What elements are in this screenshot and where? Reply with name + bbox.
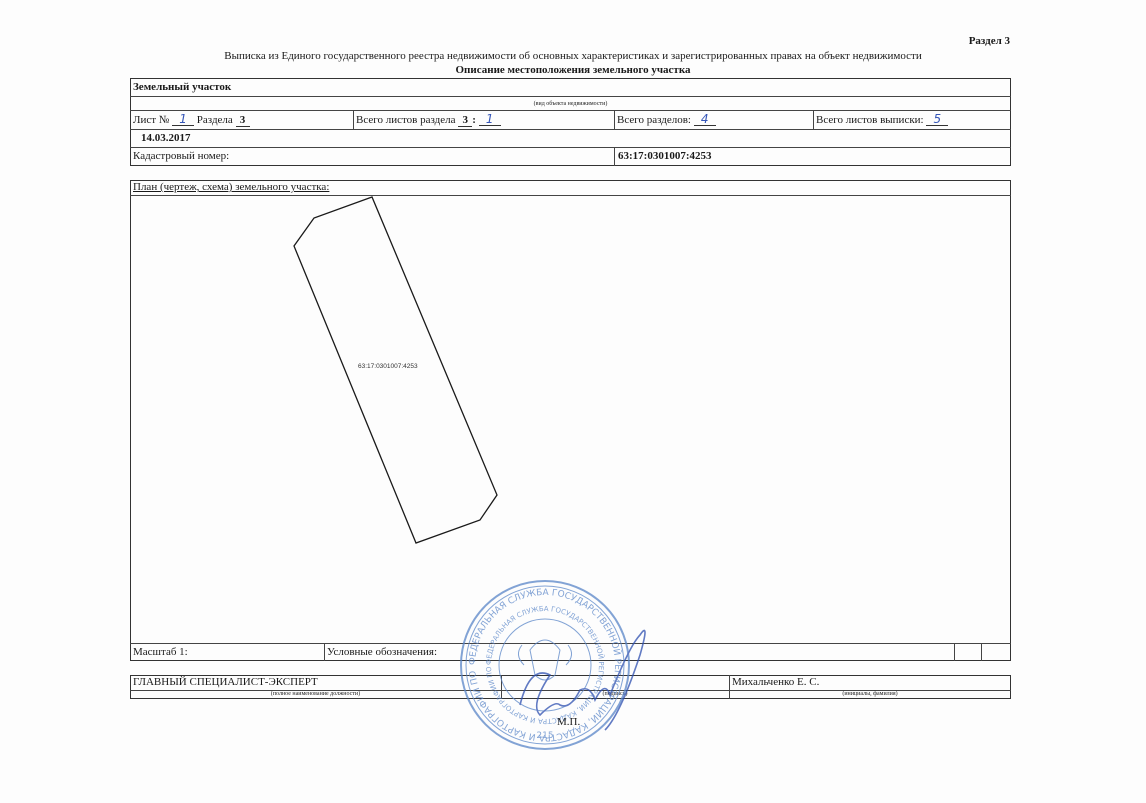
svg-text:ФЕДЕРАЛЬНАЯ СЛУЖБА ГОСУДАРСТВЕ: ФЕДЕРАЛЬНАЯ СЛУЖБА ГОСУДАРСТВЕННОЙ РЕГИС… [0,0,606,725]
svg-text:ФЕДЕРАЛЬНАЯ СЛУЖБА ГОСУДАРСТВЕ: ФЕДЕРАЛЬНАЯ СЛУЖБА ГОСУДАРСТВЕННОЙ РЕГИС… [0,0,623,742]
stamp-number: 215 [536,731,553,741]
official-stamp: ФЕДЕРАЛЬНАЯ СЛУЖБА ГОСУДАРСТВЕННОЙ РЕГИС… [0,0,1146,803]
stamp-text-inner: ФЕДЕРАЛЬНАЯ СЛУЖБА ГОСУДАРСТВЕННОЙ РЕГИС… [0,0,606,725]
stamp-text-outer: ФЕДЕРАЛЬНАЯ СЛУЖБА ГОСУДАРСТВЕННОЙ РЕГИС… [0,0,623,742]
stamp-place-label: М.П. [557,716,580,728]
